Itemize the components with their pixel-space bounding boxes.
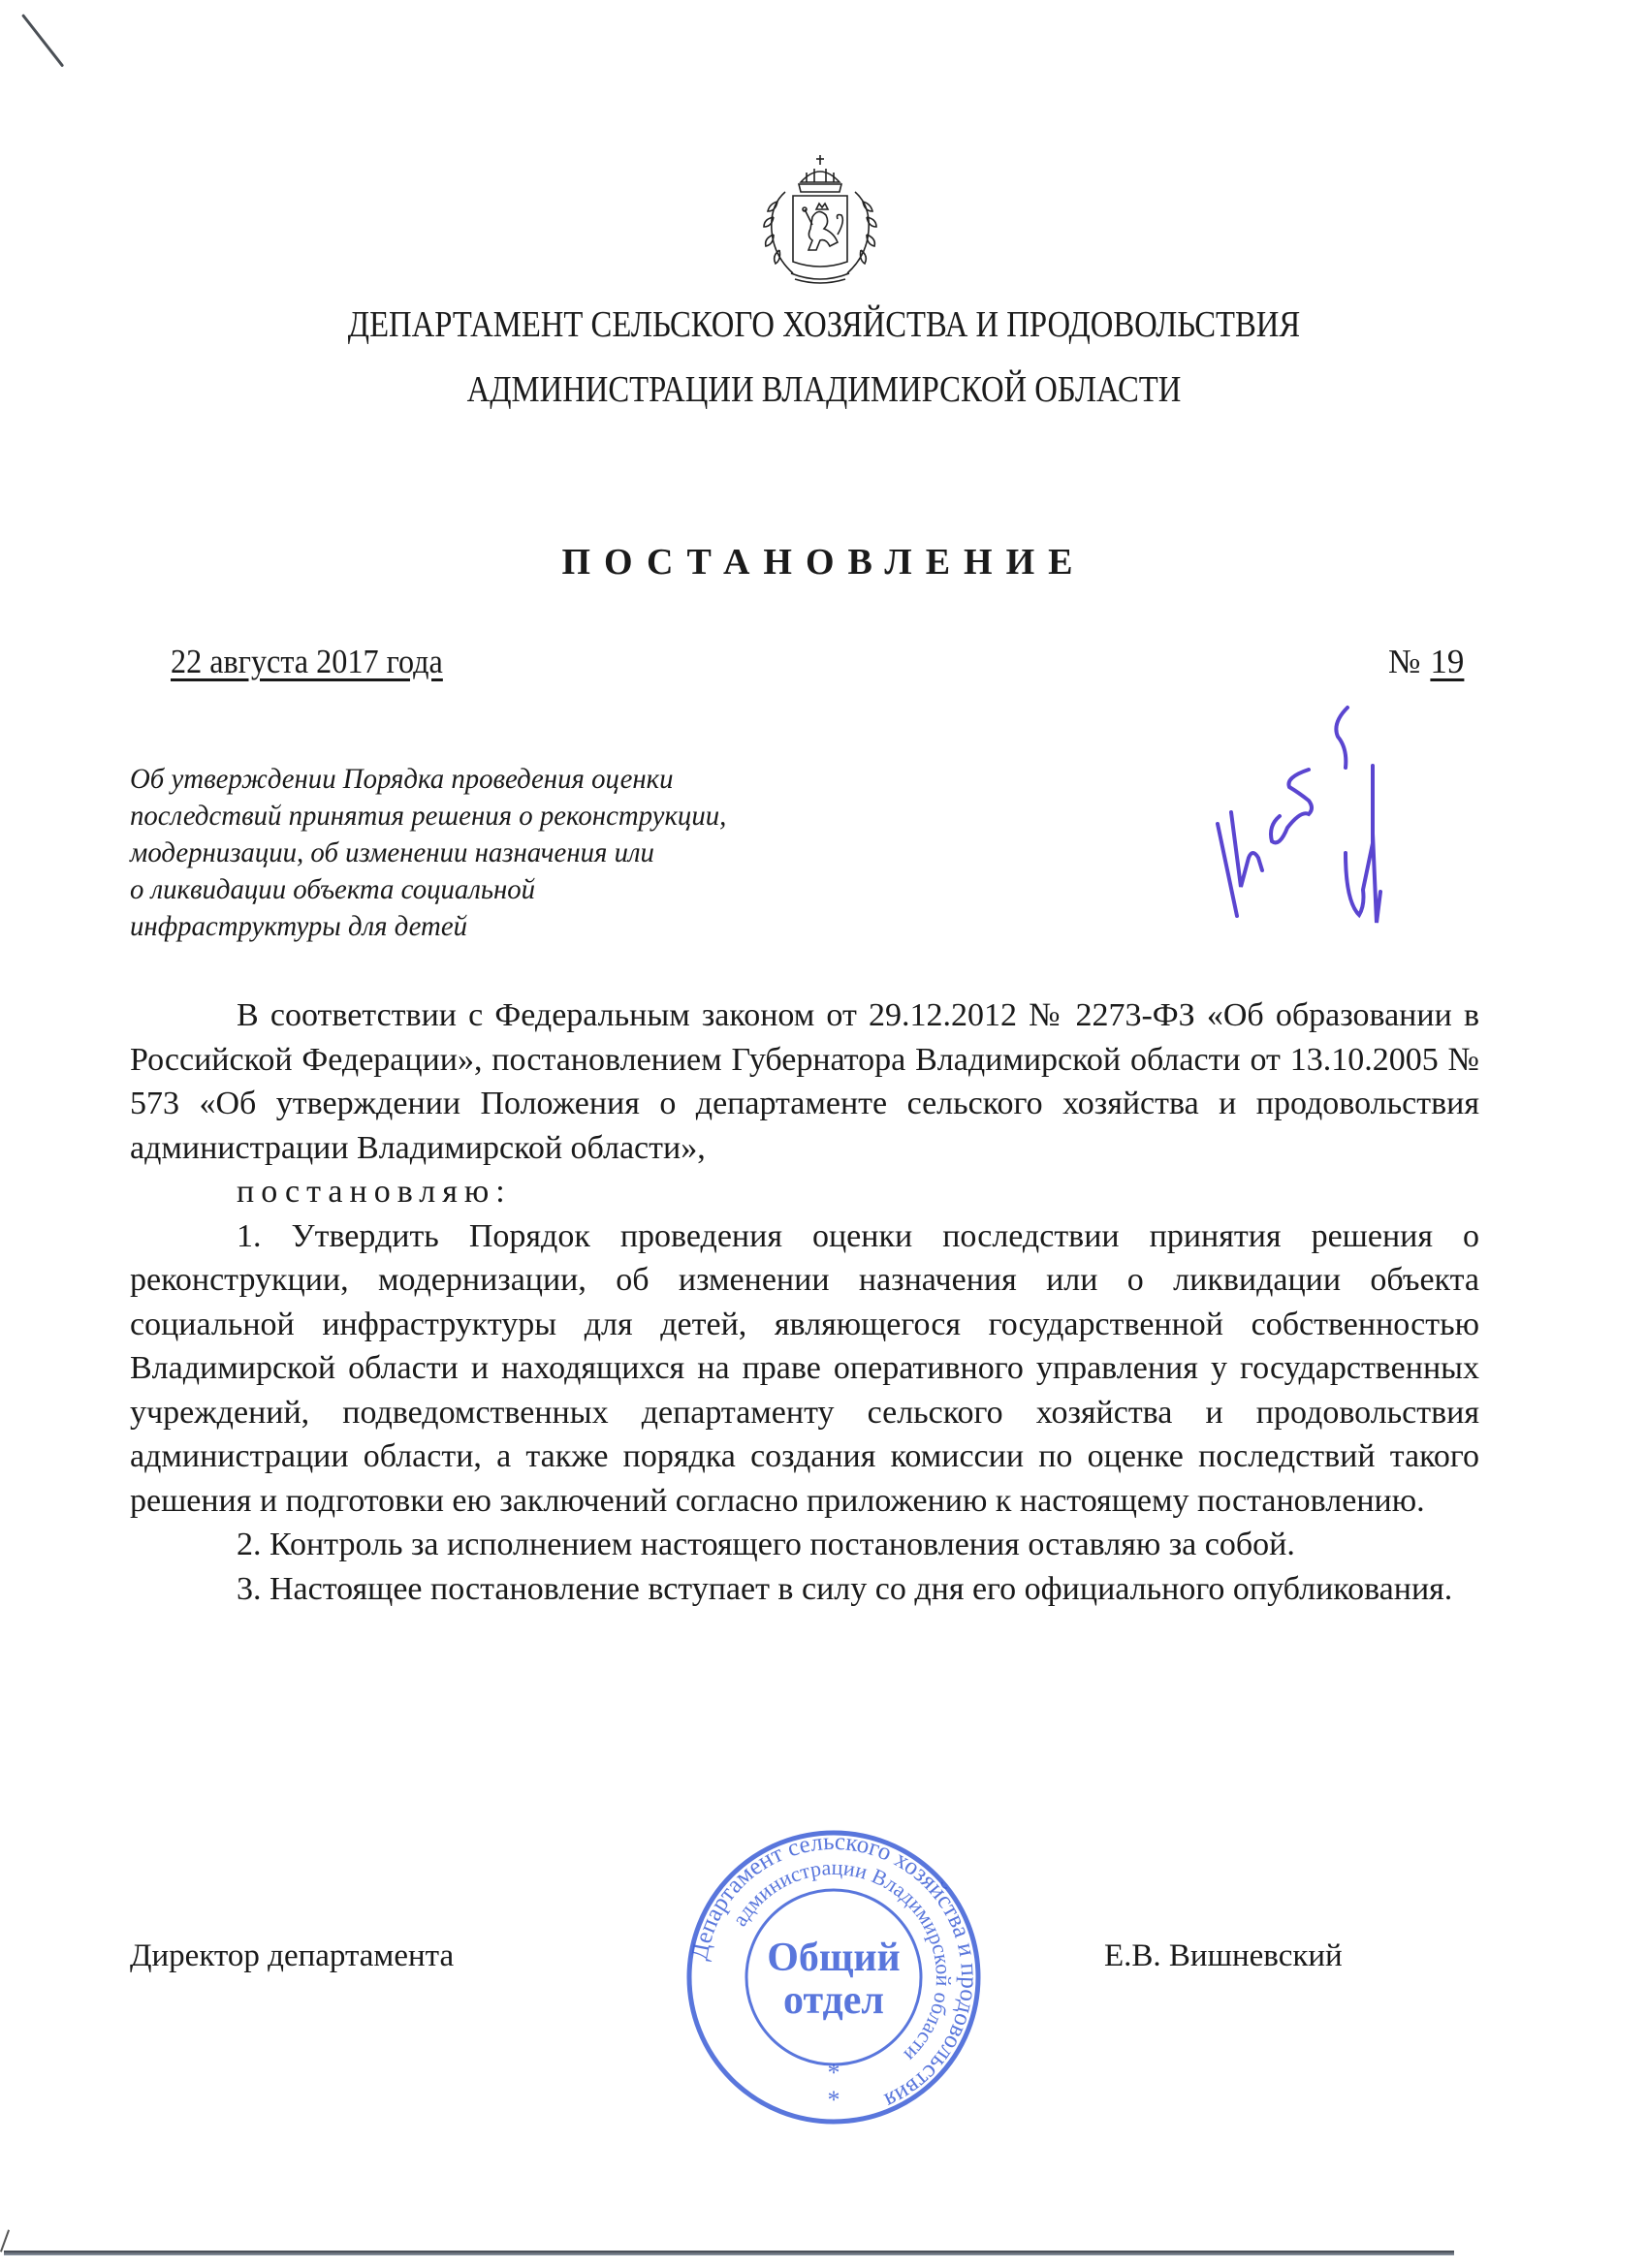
decree-word: постановляю: (130, 1170, 1479, 1214)
subject-line: Об утверждении Порядка проведения оценки (130, 761, 726, 798)
document-date: 22 августа 2017 года (171, 643, 443, 681)
subject-line: о ликвидации объекта социальной (130, 871, 726, 908)
official-stamp-icon: Департамент сельского хозяйства и продов… (683, 1827, 984, 2127)
number-value: 19 (1430, 643, 1464, 680)
department-name-line2: АДМИНИСТРАЦИИ ВЛАДИМИРСКОЙ ОБЛАСТИ (115, 368, 1533, 411)
item-3-paragraph: 3. Настоящее постановление вступает в си… (130, 1567, 1479, 1612)
preamble-paragraph: В соответствии с Федеральным законом от … (130, 993, 1479, 1170)
document-body: В соответствии с Федеральным законом от … (130, 993, 1479, 1611)
signatory-title: Директор департамента (130, 1938, 454, 1974)
document-subject: Об утверждении Порядка проведения оценки… (130, 761, 726, 945)
document-type-title: ПОСТАНОВЛЕНИЕ (0, 541, 1648, 583)
stamp-center-line2: отдел (783, 1978, 884, 2023)
document-page: ДЕПАРТАМЕНТ СЕЛЬСКОГО ХОЗЯЙСТВА И ПРОДОВ… (0, 0, 1648, 2268)
stamp-center-line1: Общий (767, 1936, 901, 1980)
stamp-star: * (828, 2086, 840, 2114)
item-1-paragraph: 1. Утвердить Порядок проведения оценки п… (130, 1214, 1479, 1524)
document-number: №19 (1388, 643, 1464, 681)
handwritten-resolution-mark (1202, 688, 1435, 930)
item-2-paragraph: 2. Контроль за исполнением настоящего по… (130, 1523, 1479, 1567)
coat-of-arms-icon (756, 153, 884, 287)
scan-artifact-mark (21, 14, 64, 67)
page-corner-edge (0, 2229, 10, 2252)
number-label: № (1388, 643, 1420, 680)
subject-line: инфраструктуры для детей (130, 908, 726, 945)
subject-line: последствий принятия решения о реконстру… (130, 798, 726, 835)
signatory-name: Е.В. Вишневский (1104, 1938, 1343, 1974)
subject-line: модернизации, об изменении назначения ил… (130, 835, 726, 871)
department-name-line1: ДЕПАРТАМЕНТ СЕЛЬСКОГО ХОЗЯЙСТВА И ПРОДОВ… (115, 303, 1533, 346)
stamp-star: * (828, 2059, 840, 2087)
page-bottom-edge (4, 2251, 1454, 2255)
